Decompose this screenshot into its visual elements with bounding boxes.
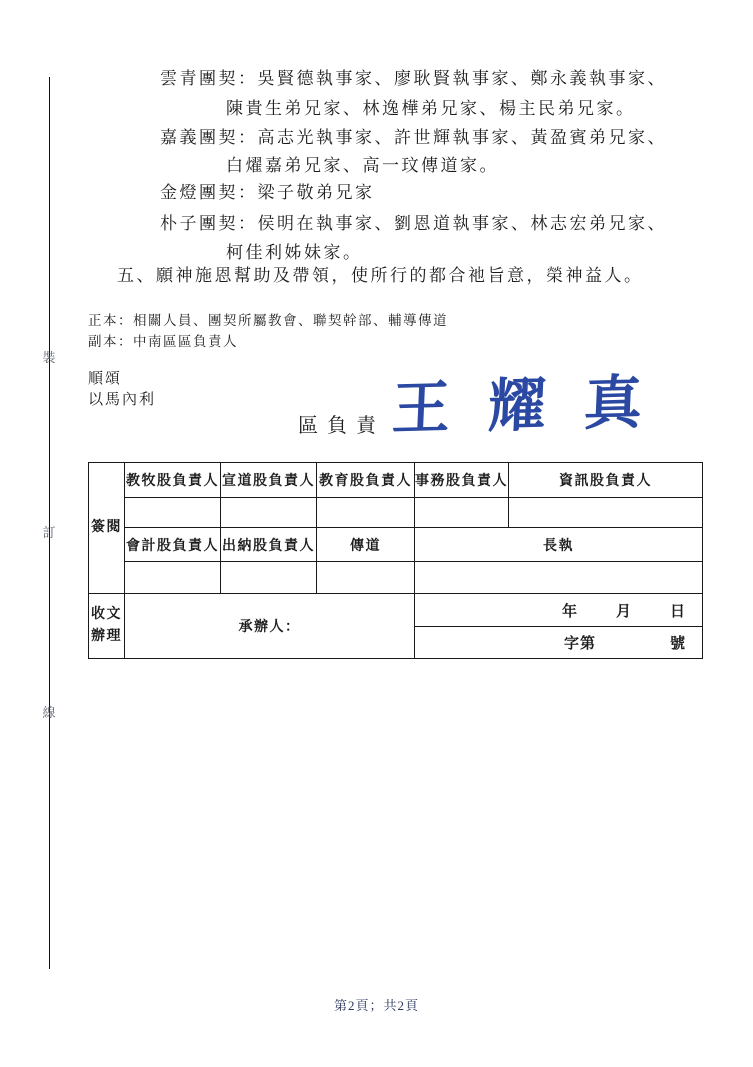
header-information: 資訊股負責人 bbox=[509, 463, 703, 498]
binding-mark-middle: 訂 bbox=[42, 522, 55, 541]
receipt-section-label: 收文 辦理 bbox=[89, 594, 125, 659]
distribution-copy: 副本：中南區區負責人 bbox=[88, 330, 238, 350]
receipt-date-cell: 年 月 日 bbox=[415, 594, 703, 627]
sign-cell-pastoral bbox=[125, 498, 221, 528]
body-line-yunqing-cont: 陳貴生弟兄家、林逸樺弟兄家、楊主民弟兄家。 bbox=[226, 94, 636, 119]
header-pastoral: 教牧股負責人 bbox=[125, 463, 221, 498]
body-line-jiayi-cont: 白燿嘉弟兄家、高一玟傳道家。 bbox=[226, 151, 499, 176]
document-page: 裝 訂 線 雲青團契：吳賢德執事家、廖耿賢執事家、鄭永義執事家、 陳貴生弟兄家、… bbox=[0, 0, 753, 1067]
handler-cell: 承辦人： bbox=[125, 594, 415, 659]
receipt-ref-cell: 字第 號 bbox=[415, 627, 703, 659]
handwritten-signature: 王耀真 bbox=[391, 370, 682, 441]
header-accounting: 會計股負責人 bbox=[125, 528, 221, 562]
date-day-label: 日 bbox=[670, 600, 686, 621]
page-indicator: 第2頁；共2頁 bbox=[0, 995, 753, 1014]
header-education: 教育股負責人 bbox=[317, 463, 415, 498]
sign-cell-information bbox=[509, 498, 703, 528]
body-line-puzi-cont: 柯佳利姊妹家。 bbox=[226, 238, 363, 263]
body-line-jiayi: 嘉義團契：高志光執事家、許世輝執事家、黃盈賓弟兄家、 bbox=[160, 123, 667, 148]
receipt-label-line2: 辦理 bbox=[91, 629, 122, 644]
body-line-puzi: 朴子團契：侯明在執事家、劉恩道執事家、林志宏弟兄家、 bbox=[160, 209, 667, 234]
sign-cell-education bbox=[317, 498, 415, 528]
body-line-yunqing: 雲青團契：吳賢德執事家、廖耿賢執事家、鄭永義執事家、 bbox=[160, 64, 667, 89]
sign-off-table: 簽閱 教牧股負責人 宣道股負責人 教育股負責人 事務股負責人 資訊股負責人 會計… bbox=[88, 462, 703, 659]
ref-prefix-label: 字第 bbox=[564, 632, 596, 653]
binding-mark-bottom: 線 bbox=[42, 702, 55, 721]
sign-cell-accounting bbox=[125, 562, 221, 594]
header-affairs: 事務股負責人 bbox=[415, 463, 509, 498]
binding-mark-top: 裝 bbox=[42, 347, 55, 366]
sign-cell-cashier bbox=[221, 562, 317, 594]
receipt-label-line1: 收文 bbox=[91, 607, 122, 622]
sign-cell-evangelism bbox=[221, 498, 317, 528]
date-year-label: 年 bbox=[562, 600, 578, 621]
sign-cell-preacher bbox=[317, 562, 415, 594]
body-line-item-five: 五、願神施恩幫助及帶領，使所行的都合祂旨意，榮神益人。 bbox=[117, 261, 644, 286]
header-evangelism: 宣道股負責人 bbox=[221, 463, 317, 498]
header-elders-deacons: 長執 bbox=[415, 528, 703, 562]
closing-salute: 順頌 bbox=[88, 367, 122, 388]
sign-section-label: 簽閱 bbox=[89, 463, 125, 594]
body-line-jindeng: 金燈團契：梁子敬弟兄家 bbox=[160, 178, 375, 203]
header-preacher: 傳道 bbox=[317, 528, 415, 562]
closing-blessing: 以馬內利 bbox=[88, 388, 156, 409]
header-cashier: 出納股負責人 bbox=[221, 528, 317, 562]
distribution-original: 正本：相關人員、團契所屬教會、聯契幹部、輔導傳道 bbox=[88, 309, 448, 329]
sign-cell-affairs bbox=[415, 498, 509, 528]
sign-cell-elders-deacons bbox=[415, 562, 703, 594]
ref-suffix-label: 號 bbox=[670, 632, 686, 653]
signer-title: 區負責 bbox=[298, 409, 385, 438]
date-month-label: 月 bbox=[616, 600, 632, 621]
